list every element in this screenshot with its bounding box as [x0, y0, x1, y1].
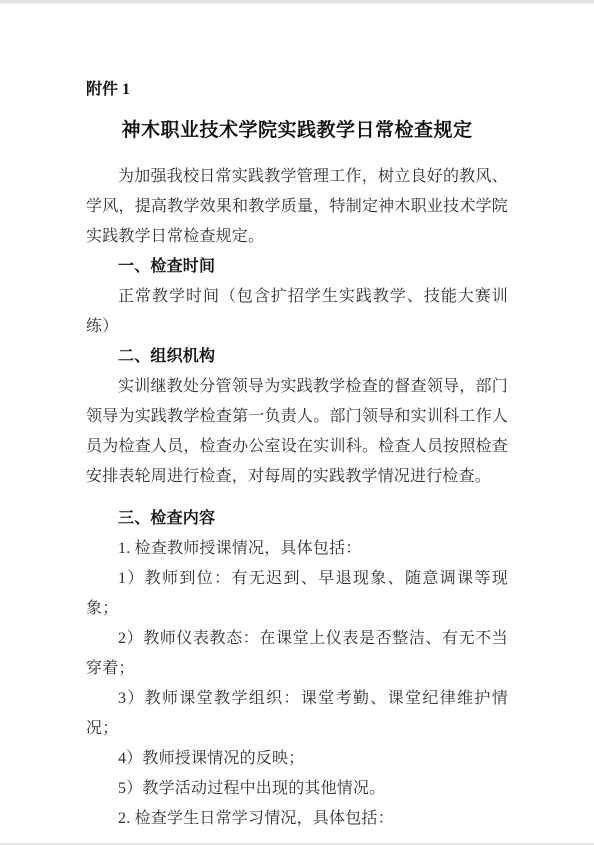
document-content: 附件 1 神木职业技术学院实践教学日常检查规定 为加强我校日常实践教学管理工作，… [86, 80, 508, 834]
document-page: 附件 1 神木职业技术学院实践教学日常检查规定 为加强我校日常实践教学管理工作，… [0, 0, 594, 845]
attachment-label: 附件 1 [86, 80, 508, 100]
document-title: 神木职业技术学院实践教学日常检查规定 [86, 116, 508, 146]
page-top-edge [0, 0, 594, 4]
section-1-body: 正常教学时间（包含扩招学生实践教学、技能大赛训练） [86, 282, 508, 342]
check-item-student: 2. 检查学生日常学习情况，具体包括： [86, 804, 508, 834]
check-item-3: 3）教师课堂教学组织：课堂考勤、课堂纪律维护情况； [86, 684, 508, 744]
check-item-2: 2）教师仪表教态：在课堂上仪表是否整洁、有无不当穿着； [86, 624, 508, 684]
section-3-heading: 三、检查内容 [86, 504, 508, 534]
check-item-5: 5）教学活动过程中出现的其他情况。 [86, 774, 508, 804]
intro-paragraph: 为加强我校日常实践教学管理工作，树立良好的教风、学风，提高教学效果和教学质量，特… [86, 162, 508, 252]
check-item-teacher: 1. 检查教师授课情况，具体包括： [86, 534, 508, 564]
section-2-body: 实训继教处分管领导为实践教学检查的督查领导，部门领导为实践教学检查第一负责人。部… [86, 372, 508, 492]
section-1-heading: 一、检查时间 [86, 252, 508, 282]
check-item-4: 4）教师授课情况的反映； [86, 744, 508, 774]
check-item-1: 1）教师到位：有无迟到、早退现象、随意调课等现象； [86, 564, 508, 624]
section-2-heading: 二、组织机构 [86, 342, 508, 372]
